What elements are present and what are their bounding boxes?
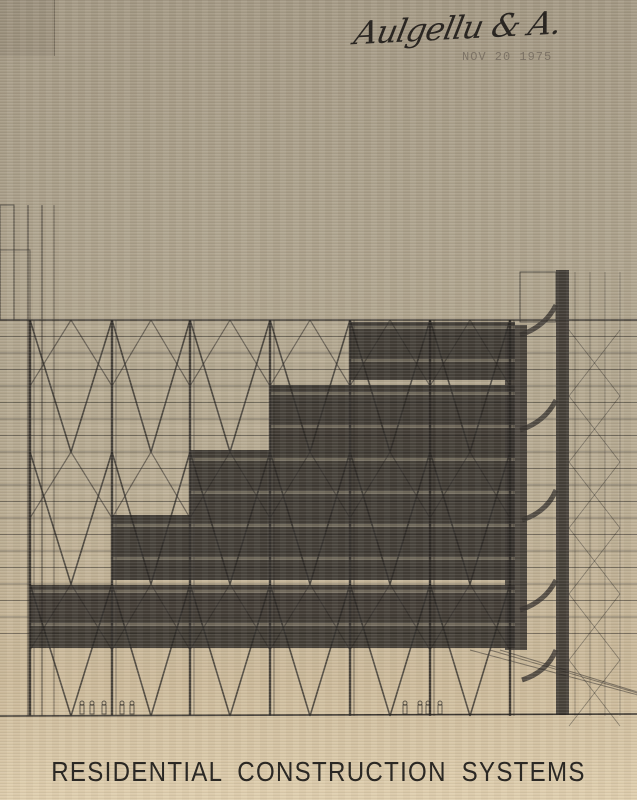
architectural-elevation-drawing (0, 0, 637, 800)
cover-title: RESIDENTIAL CONSTRUCTION SYSTEMS (45, 756, 593, 788)
book-cover: Aulgellu & A. NOV 20 1975 RESIDENTIAL CO… (0, 0, 637, 800)
date-stamp: NOV 20 1975 (462, 50, 552, 64)
